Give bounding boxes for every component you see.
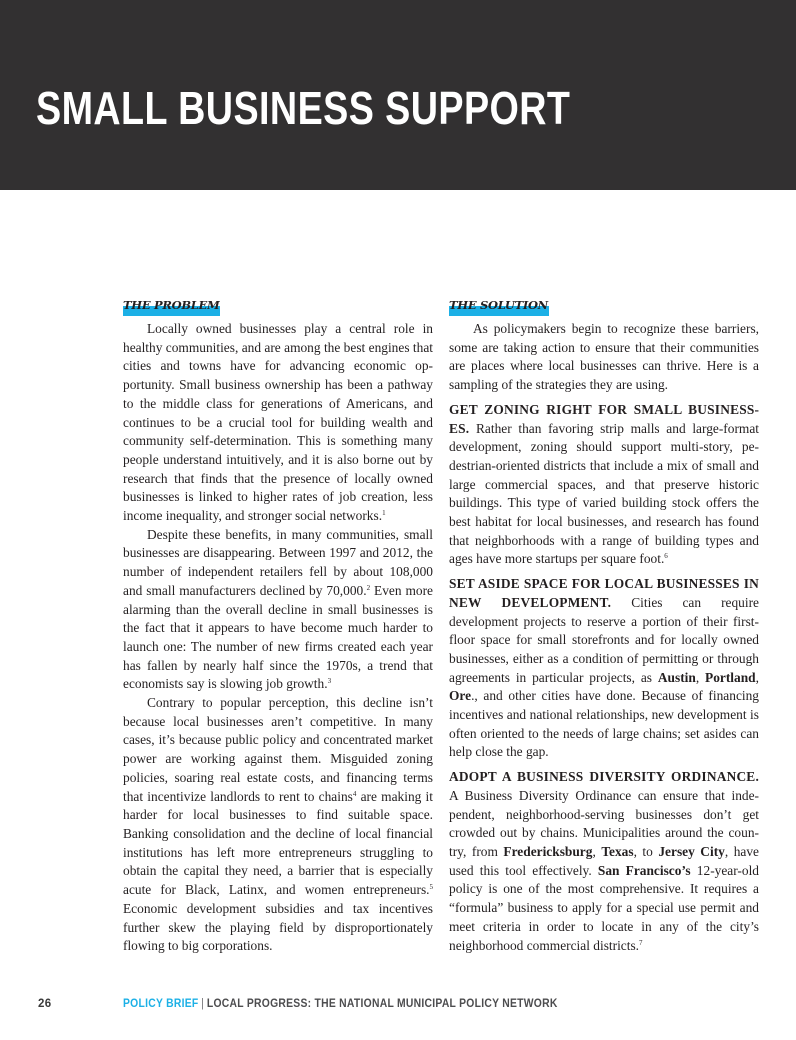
paragraph-text: Rather than favoring strip malls and lar…	[449, 421, 759, 567]
solution-heading: THE SOLUTION	[449, 298, 549, 316]
footer-brief-label: POLICY BRIEF	[123, 998, 199, 1010]
place-name: Fredericksburg	[503, 844, 592, 859]
place-name: Ore	[449, 688, 471, 703]
paragraph-text: Contrary to popular perception, this dec…	[123, 695, 433, 804]
problem-heading: THE PROBLEM	[123, 298, 220, 316]
paragraph-text: Even more alarming than the overall decl…	[123, 583, 433, 692]
problem-paragraph-2: Despite these benefits, in many communit…	[123, 526, 433, 694]
strategy-zoning: GET ZONING RIGHT FOR SMALL BUSINESS­ES. …	[449, 401, 759, 569]
separator: ,	[592, 844, 601, 859]
separator: ,	[756, 670, 759, 685]
footnote-ref: 6	[664, 552, 668, 560]
paragraph-text: Locally owned businesses play a central …	[123, 321, 433, 523]
strategy-diversity-ordinance: ADOPT A BUSINESS DIVERSITY ORDINANCE. A …	[449, 768, 759, 955]
page-title: SMALL BUSINESS SUPPORT	[36, 82, 570, 134]
footnote-ref: 1	[382, 509, 386, 517]
problem-section: THE PROBLEM Locally owned businesses pla…	[123, 296, 433, 956]
strategy-lead: ADOPT A BUSINESS DIVERSITY ORDINANCE.	[449, 769, 759, 784]
footer-publication: POLICY BRIEF|LOCAL PROGRESS: THE NATIONA…	[123, 998, 558, 1010]
solution-intro: As policymakers begin to recognize these…	[449, 320, 759, 395]
page-number: 26	[38, 998, 51, 1010]
problem-paragraph-3: Contrary to popular perception, this dec…	[123, 694, 433, 956]
paragraph-text: Economic development subsidies and tax i…	[123, 901, 433, 953]
place-name: Portland	[705, 670, 756, 685]
solution-section: THE SOLUTION As policymakers begin to re…	[449, 296, 759, 955]
footnote-ref: 3	[328, 677, 332, 685]
separator: , to	[634, 844, 659, 859]
page-footer: 26 POLICY BRIEF|LOCAL PROGRESS: THE NATI…	[0, 998, 796, 1014]
paragraph-text: ., and other cities have done. Because o…	[449, 688, 759, 759]
footer-separator: |	[201, 998, 204, 1010]
footnote-ref: 7	[639, 939, 643, 947]
place-name: Jersey City	[658, 844, 725, 859]
strategy-set-aside: SET ASIDE SPACE FOR LOCAL BUSINESSES IN …	[449, 575, 759, 762]
footer-network-name: LOCAL PROGRESS: THE NATIONAL MUNICIPAL P…	[207, 998, 558, 1010]
problem-paragraph-1: Locally owned businesses play a central …	[123, 320, 433, 526]
paragraph-text: are mak­ing it harder for local business…	[123, 789, 433, 898]
separator: ,	[696, 670, 705, 685]
footnote-ref: 5	[430, 883, 434, 891]
place-name: Austin	[658, 670, 696, 685]
place-name: Texas	[601, 844, 633, 859]
place-name: San Francisco’s	[598, 863, 691, 878]
page-header-banner: SMALL BUSINESS SUPPORT	[0, 0, 796, 190]
